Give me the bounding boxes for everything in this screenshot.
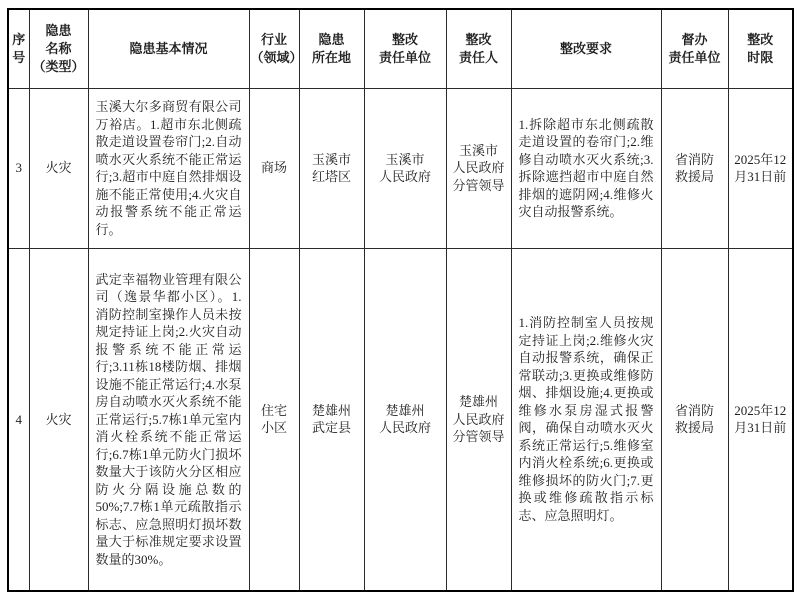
cell-industry: 住宅 小区 [249,248,299,591]
table-row: 4 火灾 武定幸福物业管理有限公司（逸景华都小区）。1.消防控制室操作人员未按规… [8,248,793,591]
header-requirements: 整改要求 [511,9,661,88]
header-responsible-unit: 整改 责任单位 [364,9,446,88]
header-hazard-type: 隐患 名称 （类型） [29,9,88,88]
cell-deadline: 2025年12 月31日前 [728,248,793,591]
cell-seq: 4 [8,248,29,591]
cell-location: 玉溪市 红塔区 [299,88,364,248]
cell-hazard-type: 火灾 [29,88,88,248]
cell-requirements: 1.消防控制室人员按规定持证上岗;2.维修火灾自动报警系统，确保正常联动;3.更… [511,248,661,591]
cell-responsible-person: 楚雄州 人民政府 分管领导 [446,248,511,591]
cell-responsible-unit: 楚雄州 人民政府 [364,248,446,591]
header-supervision-unit: 督办 责任单位 [661,9,728,88]
header-industry: 行业 （领域） [249,9,299,88]
header-situation: 隐患基本情况 [88,9,249,88]
header-responsible-person: 整改 责任人 [446,9,511,88]
cell-situation: 玉溪大尔多商贸有限公司万裕店。1.超市东北侧疏散走道设置卷帘门;2.自动喷水灭火… [88,88,249,248]
cell-situation: 武定幸福物业管理有限公司（逸景华都小区）。1.消防控制室操作人员未按规定持证上岗… [88,248,249,591]
table-header-row: 序 号 隐患 名称 （类型） 隐患基本情况 行业 （领域） 隐患 所在地 整改 … [8,9,793,88]
header-seq: 序 号 [8,9,29,88]
table-row: 3 火灾 玉溪大尔多商贸有限公司万裕店。1.超市东北侧疏散走道设置卷帘门;2.自… [8,88,793,248]
hazard-rectification-table: 序 号 隐患 名称 （类型） 隐患基本情况 行业 （领域） 隐患 所在地 整改 … [7,8,794,592]
cell-location: 楚雄州 武定县 [299,248,364,591]
cell-requirements: 1.拆除超市东北侧疏散走道设置的卷帘门;2.维修自动喷水灭火系统;3.拆除遮挡超… [511,88,661,248]
cell-responsible-person: 玉溪市 人民政府 分管领导 [446,88,511,248]
header-location: 隐患 所在地 [299,9,364,88]
cell-industry: 商场 [249,88,299,248]
cell-deadline: 2025年12 月31日前 [728,88,793,248]
cell-supervision-unit: 省消防 救援局 [661,248,728,591]
cell-hazard-type: 火灾 [29,248,88,591]
cell-supervision-unit: 省消防 救援局 [661,88,728,248]
header-deadline: 整改 时限 [728,9,793,88]
cell-seq: 3 [8,88,29,248]
cell-responsible-unit: 玉溪市 人民政府 [364,88,446,248]
